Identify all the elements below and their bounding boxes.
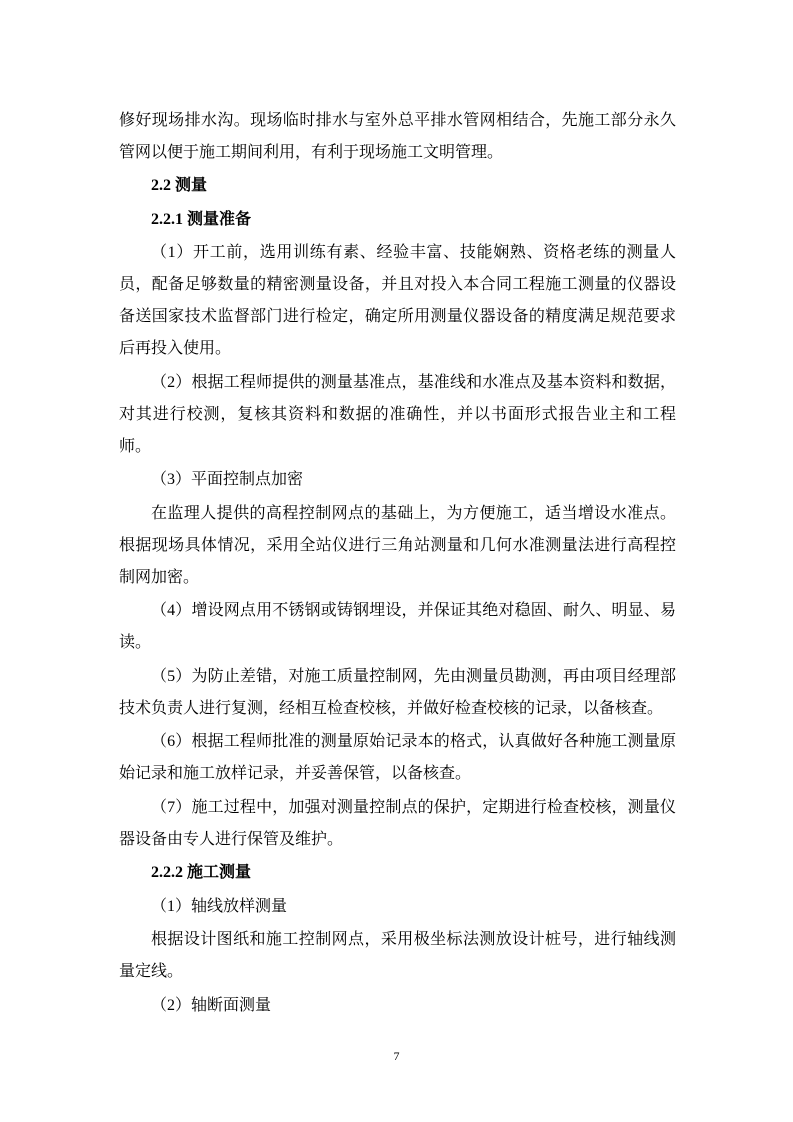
paragraph-item-2-axis-section-survey: （2）轴断面测量 xyxy=(119,990,676,1022)
paragraph-item-3-plane-control-densify: （3）平面控制点加密 xyxy=(119,464,676,496)
paragraph-item-6-record-keeping: （6）根据工程师批准的测量原始记录本的格式，认真做好各种施工测量原始记录和施工放… xyxy=(119,726,676,790)
paragraph-item-7-point-protection: （7）施工过程中，加强对测量控制点的保护，定期进行检查校核，测量仪器设备由专人进… xyxy=(119,792,676,856)
document-page: 修好现场排水沟。现场临时排水与室外总平排水管网相结合，先施工部分永久管网以便于施… xyxy=(0,0,793,1122)
page-number: 7 xyxy=(0,1048,793,1064)
paragraph-item-4-point-embedding: （4）增设网点用不锈钢或铸钢埋设，并保证其绝对稳固、耐久、明显、易读。 xyxy=(119,595,676,659)
document-body: 修好现场排水沟。现场临时排水与室外总平排水管网相结合，先施工部分永久管网以便于施… xyxy=(119,103,676,1023)
heading-2-2-2-construction-survey: 2.2.2 施工测量 xyxy=(119,857,676,889)
paragraph-axis-stakeout-detail: 根据设计图纸和施工控制网点，采用极坐标法测放设计桩号，进行轴线测量定线。 xyxy=(119,924,676,988)
paragraph-elevation-control-detail: 在监理人提供的高程控制网点的基础上，为方便施工，适当增设水准点。根据现场具体情况… xyxy=(119,498,676,594)
paragraph-item-1-personnel-equipment: （1）开工前，选用训练有素、经验丰富、技能娴熟、资格老练的测量人员，配备足够数量… xyxy=(119,237,676,365)
paragraph-item-2-benchmark-check: （2）根据工程师提供的测量基准点，基准线和水准点及基本资料和数据，对其进行校测，… xyxy=(119,367,676,463)
paragraph-drainage-continuation: 修好现场排水沟。现场临时排水与室外总平排水管网相结合，先施工部分永久管网以便于施… xyxy=(119,105,676,169)
paragraph-item-1-axis-stakeout: （1）轴线放样测量 xyxy=(119,891,676,923)
paragraph-item-5-error-prevention: （5）为防止差错，对施工质量控制网，先由测量员勘测，再由项目经理部技术负责人进行… xyxy=(119,661,676,725)
heading-2-2-1-survey-preparation: 2.2.1 测量准备 xyxy=(119,204,676,236)
heading-2-2-surveying: 2.2 测量 xyxy=(119,170,676,202)
